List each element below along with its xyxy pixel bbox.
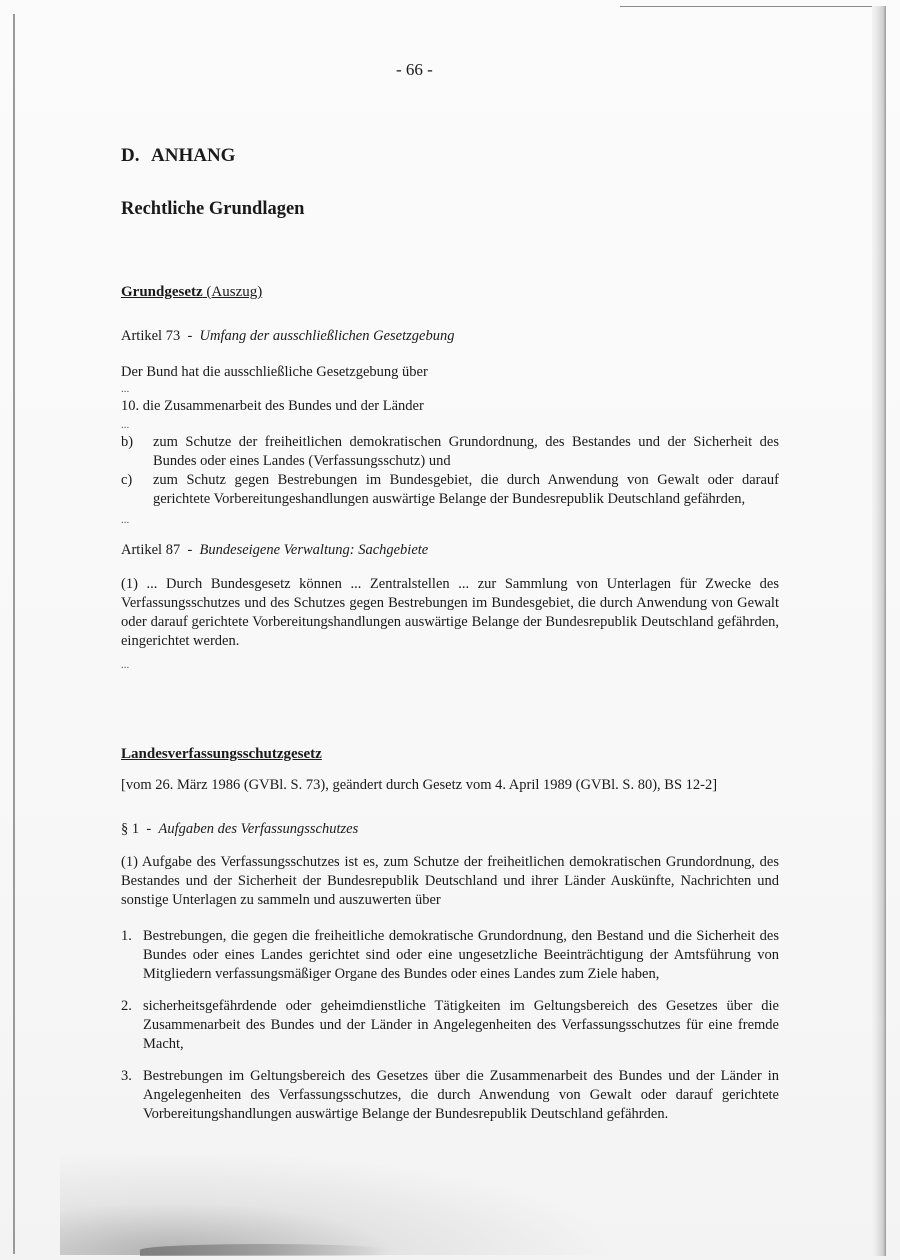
- ellipsis: ...: [121, 515, 129, 526]
- section-1-label: § 1 -: [121, 821, 158, 837]
- chapter-heading: D.ANHANG: [121, 146, 235, 165]
- list-item-text: sicherheitsgefährdende oder geheimdienst…: [143, 997, 779, 1054]
- section-1-item-1: 1. Bestrebungen, die gegen die freiheitl…: [121, 927, 779, 987]
- scan-shadow: [60, 1150, 620, 1255]
- page-left-edge: [13, 14, 15, 1254]
- grundgesetz-title-bold: Grundgesetz: [121, 284, 203, 300]
- sub-item-text: zum Schutze der freiheitlichen demokrati…: [153, 433, 779, 471]
- list-item-label: 1.: [121, 927, 132, 946]
- scan-shadow-bar: [140, 1244, 390, 1256]
- section-1-heading: § 1 - Aufgaben des Verfassungsschutzes: [121, 820, 358, 839]
- ellipsis: ...: [121, 420, 129, 431]
- article-73-item-10: 10. die Zusammenarbeit des Bundes und de…: [121, 397, 424, 416]
- page-right-edge: [872, 6, 886, 1256]
- article-73-sub-item-b: b) zum Schutze der freiheitlichen demokr…: [121, 433, 779, 473]
- section-1-subject: Aufgaben des Verfassungsschutzes: [158, 821, 358, 837]
- article-87-heading: Artikel 87 - Bundeseigene Verwaltung: Sa…: [121, 541, 428, 560]
- lvsg-title: Landesverfassungsschutzgesetz: [121, 745, 322, 764]
- sub-item-label: b): [121, 433, 133, 452]
- grundgesetz-title: Grundgesetz (Auszug): [121, 283, 262, 302]
- section-title: Rechtliche Grundlagen: [121, 200, 304, 219]
- section-1-item-2: 2. sicherheitsgefährdende oder geheimdie…: [121, 997, 779, 1057]
- list-item-label: 3.: [121, 1067, 132, 1086]
- list-item-label: 2.: [121, 997, 132, 1016]
- article-87-subject: Bundeseigene Verwaltung: Sachgebiete: [200, 542, 429, 558]
- article-87-label: Artikel 87 -: [121, 542, 200, 558]
- sub-item-text: zum Schutz gegen Bestrebungen im Bundesg…: [153, 471, 779, 509]
- list-item-text: Bestrebungen im Geltungsbereich des Gese…: [143, 1067, 779, 1124]
- grundgesetz-title-suffix: (Auszug): [206, 284, 262, 300]
- section-1-paragraph: (1) Aufgabe des Verfassungsschutzes ist …: [121, 853, 779, 910]
- chapter-title: ANHANG: [151, 145, 235, 166]
- article-73-label: Artikel 73 -: [121, 328, 200, 344]
- list-item-text: Bestrebungen, die gegen die freiheitlich…: [143, 927, 779, 984]
- lvsg-citation: [vom 26. März 1986 (GVBl. S. 73), geände…: [121, 776, 717, 795]
- article-73-sub-item-c: c) zum Schutz gegen Bestrebungen im Bund…: [121, 471, 779, 511]
- page-top-edge: [620, 6, 885, 7]
- chapter-number: D.: [121, 146, 151, 165]
- article-73-heading: Artikel 73 - Umfang der ausschließlichen…: [121, 327, 454, 346]
- article-73-intro: Der Bund hat die ausschließliche Gesetzg…: [121, 363, 428, 382]
- page-number: - 66 -: [396, 60, 433, 79]
- ellipsis: ...: [121, 384, 129, 395]
- article-87-paragraph: (1) ... Durch Bundesgesetz können ... Ze…: [121, 575, 779, 651]
- article-73-subject: Umfang der ausschließlichen Gesetzgebung: [200, 328, 455, 344]
- ellipsis: ...: [121, 660, 129, 671]
- section-1-item-3: 3. Bestrebungen im Geltungsbereich des G…: [121, 1067, 779, 1127]
- sub-item-label: c): [121, 471, 132, 490]
